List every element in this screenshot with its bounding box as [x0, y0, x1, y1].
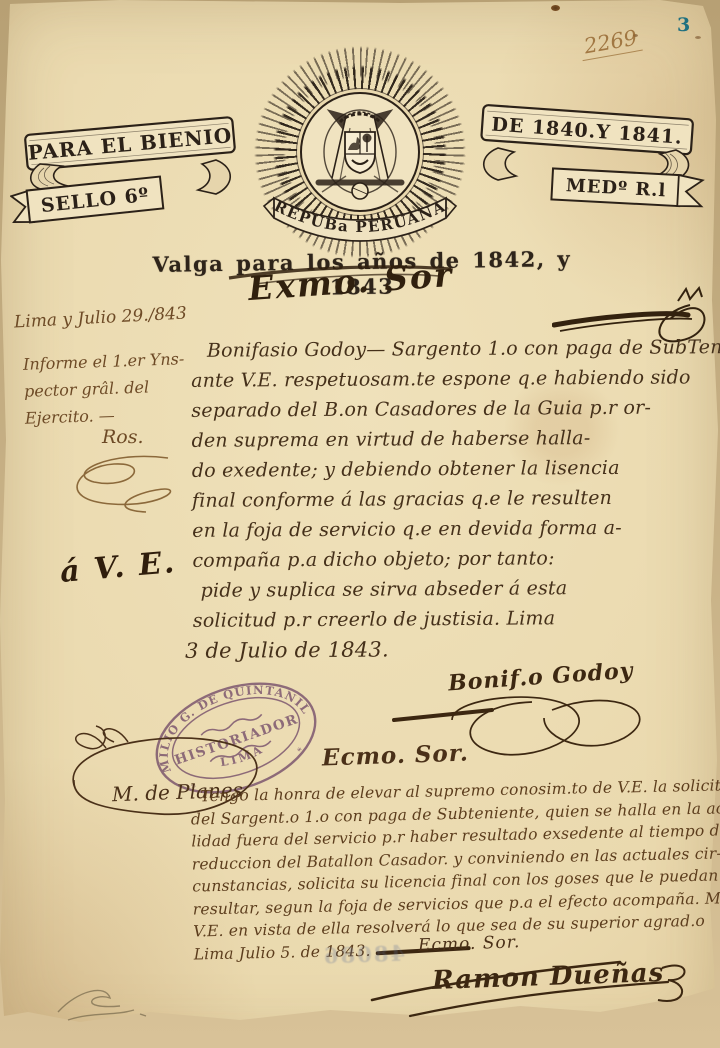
petition-line: en la foja de servicio q.e en devida for…	[192, 512, 720, 546]
pencil-initials-mark	[48, 972, 198, 1032]
petition-line: compaña p.a dicho objeto; por tanto:	[192, 542, 720, 576]
document-photo: { "page": { "folio_number": "3", "archiv…	[0, 0, 720, 1048]
paper-speck	[695, 36, 701, 39]
shield	[345, 132, 375, 173]
left-ribbon-banner: PARA EL BIENIO SELLO 6º	[10, 102, 248, 224]
margin-initials: Ros.	[102, 426, 144, 448]
paper-speck	[551, 5, 560, 11]
margin-rubric-flourish	[48, 448, 198, 538]
ribbon-fold	[484, 148, 516, 180]
petition-line: separado del B.on Casadores de la Guia p…	[191, 392, 720, 426]
folio-number: 3	[677, 14, 691, 36]
ribbon-swallowtail	[677, 175, 703, 207]
right-ribbon-banner: DE 1840.Y 1841. MEDº R.l	[460, 92, 710, 214]
petition-line: do exedente; y debiendo obtener la lisen…	[192, 452, 720, 486]
margin-note-line: Informe el 1.er Yns-	[23, 345, 185, 378]
petition-body: Bonifasio Godoy— Sargento 1.o con paga d…	[191, 332, 720, 666]
endorser-rubric-flourish	[370, 948, 700, 1026]
petition-line: final conforme á las gracias q.e le resu…	[192, 482, 720, 516]
endorsement-salutation: Ecmo. Sor.	[322, 739, 470, 771]
coat-banner-label: REPUBa PERUANA	[271, 197, 449, 236]
petition-line: 3 de Julio de 1843.	[185, 632, 720, 666]
petition-line: den suprema en virtud de haberse halla-	[191, 422, 720, 456]
petition-line: pide y suplica se sirva abseder á esta	[193, 572, 720, 606]
petition-line: ante V.E. respetuosam.te espone q.e habi…	[191, 362, 720, 396]
margin-note: Informe el 1.er Yns- pector grâl. del Ej…	[23, 345, 187, 432]
petition-line: Bonifasio Godoy— Sargento 1.o con paga d…	[191, 332, 720, 366]
svg-text:REPUBa PERUANA: REPUBa PERUANA	[271, 197, 449, 236]
ribbon-fold	[198, 160, 230, 194]
petition-line: solicitud p.r creerlo de justisia. Lima	[193, 602, 720, 636]
seal-name-banner: REPUBa PERUANA	[262, 190, 458, 252]
